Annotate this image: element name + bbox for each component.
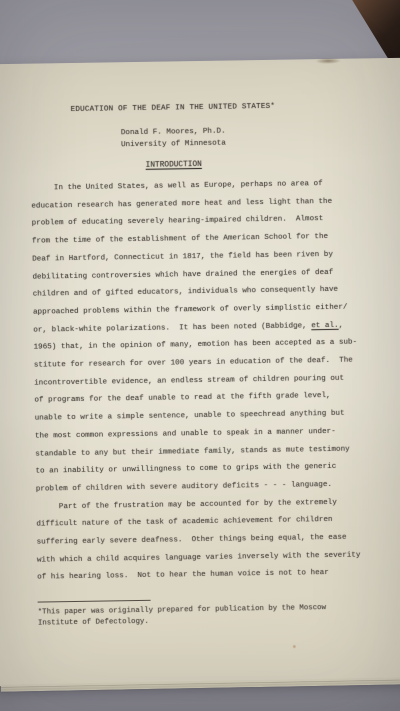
document-page: EDUCATION OF THE DEAF IN THE UNITED STAT… <box>0 58 400 687</box>
title-block: EDUCATION OF THE DEAF IN THE UNITED STAT… <box>7 59 339 172</box>
section-heading: INTRODUCTION <box>9 159 339 172</box>
typewritten-content: EDUCATION OF THE DEAF IN THE UNITED STAT… <box>0 58 400 687</box>
body-text: In the United States, as well as Europe,… <box>31 175 400 588</box>
photo-scene: EDUCATION OF THE DEAF IN THE UNITED STAT… <box>0 0 400 711</box>
footnote-separator <box>38 600 151 603</box>
footnote-text: *This paper was originally prepared for … <box>38 602 400 630</box>
document-title: EDUCATION OF THE DEAF IN THE UNITED STAT… <box>7 59 338 115</box>
